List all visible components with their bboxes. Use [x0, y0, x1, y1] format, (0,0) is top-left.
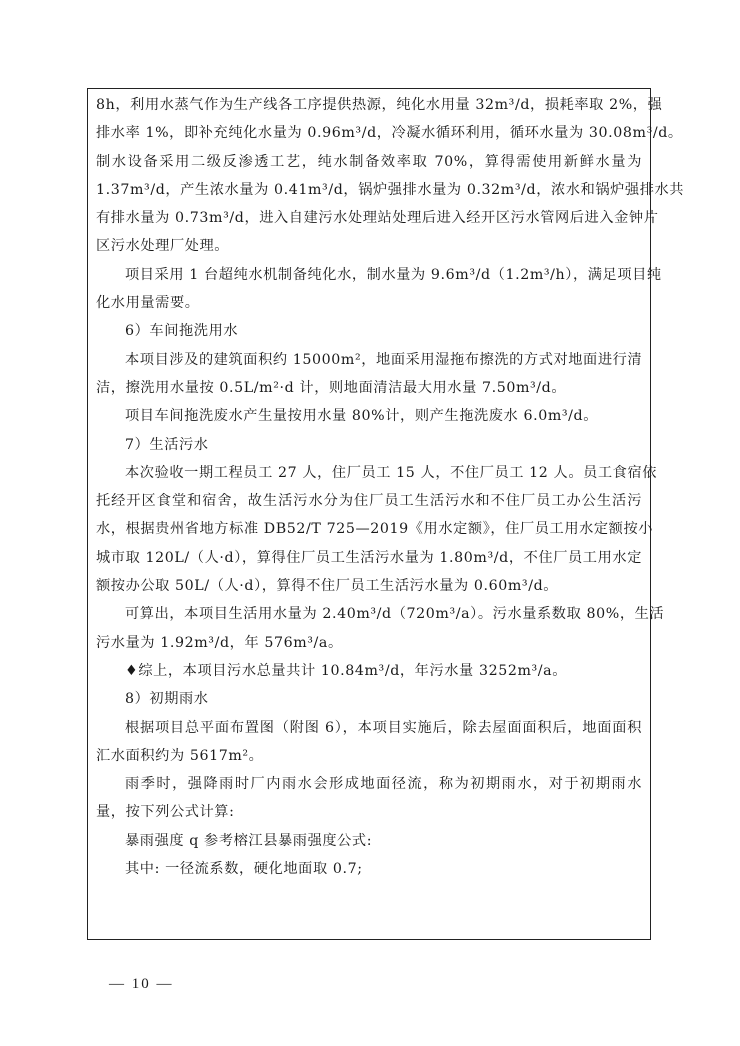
content-frame: 8h，利用水蒸气作为生产线各工序提供热源，纯化水用量 32m³/d，损耗率取 2… — [87, 88, 651, 940]
text-line: 本项目涉及的建筑面积约 15000m²，地面采用湿拖布擦洗的方式对地面进行清 — [96, 346, 642, 374]
text-line: 化水用量需要。 — [96, 289, 642, 317]
text-line: 暴雨强度 q 参考榕江县暴雨强度公式: — [96, 827, 642, 855]
text-line: 城市取 120L/（人·d），算得住厂员工生活污水量为 1.80m³/d，不住厂… — [96, 544, 642, 572]
text-line: 可算出，本项目生活用水量为 2.40m³/d（720m³/a）。污水量系数取 8… — [96, 600, 642, 628]
page-number: — 10 — — [109, 976, 174, 993]
text-line: 雨季时，强降雨时厂内雨水会形成地面径流，称为初期雨水，对于初期雨水 — [96, 770, 642, 798]
text-line: 根据项目总平面布置图（附图 6），本项目实施后，除去屋面面积后，地面面积 — [96, 714, 642, 742]
document-body: 8h，利用水蒸气作为生产线各工序提供热源，纯化水用量 32m³/d，损耗率取 2… — [96, 91, 642, 883]
text-line: 托经开区食堂和宿舍，故生活污水分为住厂员工生活污水和不住厂员工办公生活污 — [96, 487, 642, 515]
text-line: 额按办公取 50L/（人·d），算得不住厂员工生活污水量为 0.60m³/d。 — [96, 572, 642, 600]
text-line: 排水率 1%，即补充纯化水量为 0.96m³/d，冷凝水循环利用，循环水量为 3… — [96, 119, 642, 147]
text-line: 水，根据贵州省地方标准 DB52/T 725—2019《用水定额》，住厂员工用水… — [96, 515, 642, 543]
text-line: 本次验收一期工程员工 27 人，住厂员工 15 人，不住厂员工 12 人。员工食… — [96, 459, 642, 487]
text-line: 制水设备采用二级反渗透工艺，纯水制备效率取 70%，算得需使用新鲜水量为 — [96, 148, 642, 176]
text-line: 区污水处理厂处理。 — [96, 232, 642, 260]
text-line: 7）生活污水 — [96, 431, 642, 459]
text-line: 项目采用 1 台超纯水机制备纯化水，制水量为 9.6m³/d（1.2m³/h），… — [96, 261, 642, 289]
text-line: 1.37m³/d，产生浓水量为 0.41m³/d，锅炉强排水量为 0.32m³/… — [96, 176, 642, 204]
text-line: 6）车间拖洗用水 — [96, 317, 642, 345]
text-line: 有排水量为 0.73m³/d，进入自建污水处理站处理后进入经开区污水管网后进入金… — [96, 204, 642, 232]
text-line: 量，按下列公式计算: — [96, 798, 642, 826]
text-line: 污水量为 1.92m³/d，年 576m³/a。 — [96, 629, 642, 657]
text-line: 8h，利用水蒸气作为生产线各工序提供热源，纯化水用量 32m³/d，损耗率取 2… — [96, 91, 642, 119]
text-line: 汇水面积约为 5617m²。 — [96, 742, 642, 770]
text-line: 其中: 一径流系数，硬化地面取 0.7; — [96, 855, 642, 883]
text-line: 项目车间拖洗废水产生量按用水量 80%计，则产生拖洗废水 6.0m³/d。 — [96, 402, 642, 430]
text-line: 洁，擦洗用水量按 0.5L/m²·d 计，则地面清洁最大用水量 7.50m³/d… — [96, 374, 642, 402]
text-line: ♦综上，本项目污水总量共计 10.84m³/d，年污水量 3252m³/a。 — [96, 657, 642, 685]
text-line: 8）初期雨水 — [96, 685, 642, 713]
